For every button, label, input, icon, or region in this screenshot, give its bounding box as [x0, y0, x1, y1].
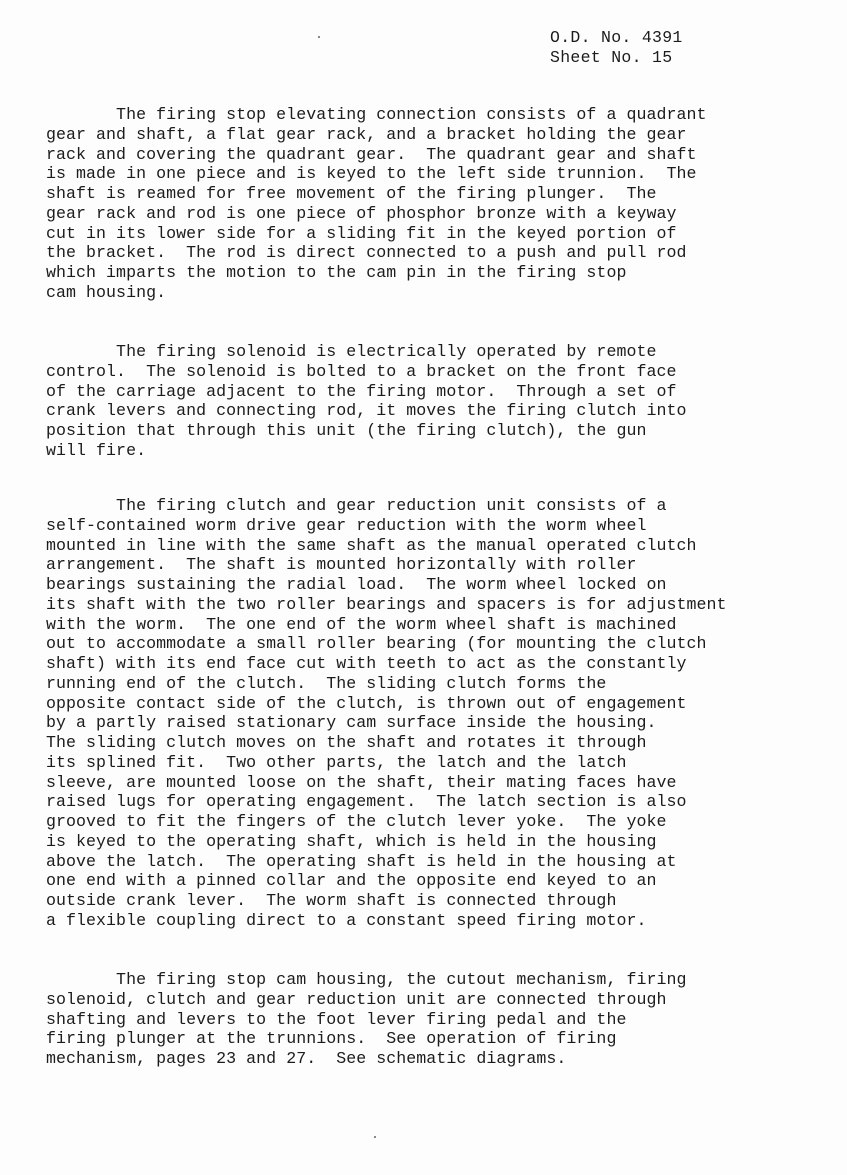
text-line: control. The solenoid is bolted to a bra…	[46, 362, 687, 382]
text-line: raised lugs for operating engagement. Th…	[46, 792, 727, 812]
text-line: cam housing.	[46, 283, 707, 303]
text-line: by a partly raised stationary cam surfac…	[46, 713, 727, 733]
paragraph-firing-solenoid: The firing solenoid is electrically oper…	[46, 342, 687, 461]
text-line: grooved to fit the fingers of the clutch…	[46, 812, 727, 832]
text-line: its splined fit. Two other parts, the la…	[46, 753, 727, 773]
text-line: firing plunger at the trunnions. See ope…	[46, 1029, 687, 1049]
text-line: opposite contact side of the clutch, is …	[46, 694, 727, 714]
sheet-number: Sheet No. 15	[550, 48, 683, 68]
paragraph-firing-stop-elevating-connection: The firing stop elevating connection con…	[46, 105, 707, 303]
text-line: out to accommodate a small roller bearin…	[46, 634, 727, 654]
text-line: its shaft with the two roller bearings a…	[46, 595, 727, 615]
text-line: gear and shaft, a flat gear rack, and a …	[46, 125, 707, 145]
text-line: will fire.	[46, 441, 687, 461]
text-line: The firing stop elevating connection con…	[46, 105, 707, 125]
text-line: outside crank lever. The worm shaft is c…	[46, 891, 727, 911]
text-line: rack and covering the quadrant gear. The…	[46, 145, 707, 165]
text-line: bearings sustaining the radial load. The…	[46, 575, 727, 595]
text-line: a flexible coupling direct to a constant…	[46, 911, 727, 931]
text-line: solenoid, clutch and gear reduction unit…	[46, 990, 687, 1010]
text-line: mounted in line with the same shaft as t…	[46, 536, 727, 556]
text-line: self-contained worm drive gear reduction…	[46, 516, 727, 536]
text-line: shafting and levers to the foot lever fi…	[46, 1010, 687, 1030]
text-line: the bracket. The rod is direct connected…	[46, 243, 707, 263]
text-line: with the worm. The one end of the worm w…	[46, 615, 727, 635]
text-line: position that through this unit (the fir…	[46, 421, 687, 441]
paper-speck	[318, 36, 320, 38]
document-header: O.D. No. 4391 Sheet No. 15	[550, 28, 683, 68]
text-line: The firing stop cam housing, the cutout …	[46, 970, 687, 990]
text-line: running end of the clutch. The sliding c…	[46, 674, 727, 694]
text-line: mechanism, pages 23 and 27. See schemati…	[46, 1049, 687, 1069]
text-line: sleeve, are mounted loose on the shaft, …	[46, 773, 727, 793]
text-line: one end with a pinned collar and the opp…	[46, 871, 727, 891]
text-line: The firing solenoid is electrically oper…	[46, 342, 687, 362]
text-line: which imparts the motion to the cam pin …	[46, 263, 707, 283]
text-line: The sliding clutch moves on the shaft an…	[46, 733, 727, 753]
text-line: shaft is reamed for free movement of the…	[46, 184, 707, 204]
document-page: O.D. No. 4391 Sheet No. 15 The firing st…	[0, 0, 847, 1175]
paper-speck	[374, 1136, 376, 1138]
text-line: cut in its lower side for a sliding fit …	[46, 224, 707, 244]
text-line: The firing clutch and gear reduction uni…	[46, 496, 727, 516]
text-line: gear rack and rod is one piece of phosph…	[46, 204, 707, 224]
paragraph-firing-clutch-gear-reduction: The firing clutch and gear reduction uni…	[46, 496, 727, 931]
od-number: O.D. No. 4391	[550, 28, 683, 48]
text-line: of the carriage adjacent to the firing m…	[46, 382, 687, 402]
text-line: shaft) with its end face cut with teeth …	[46, 654, 727, 674]
text-line: is keyed to the operating shaft, which i…	[46, 832, 727, 852]
paragraph-connections-summary: The firing stop cam housing, the cutout …	[46, 970, 687, 1069]
text-line: arrangement. The shaft is mounted horizo…	[46, 555, 727, 575]
text-line: crank levers and connecting rod, it move…	[46, 401, 687, 421]
text-line: is made in one piece and is keyed to the…	[46, 164, 707, 184]
text-line: above the latch. The operating shaft is …	[46, 852, 727, 872]
